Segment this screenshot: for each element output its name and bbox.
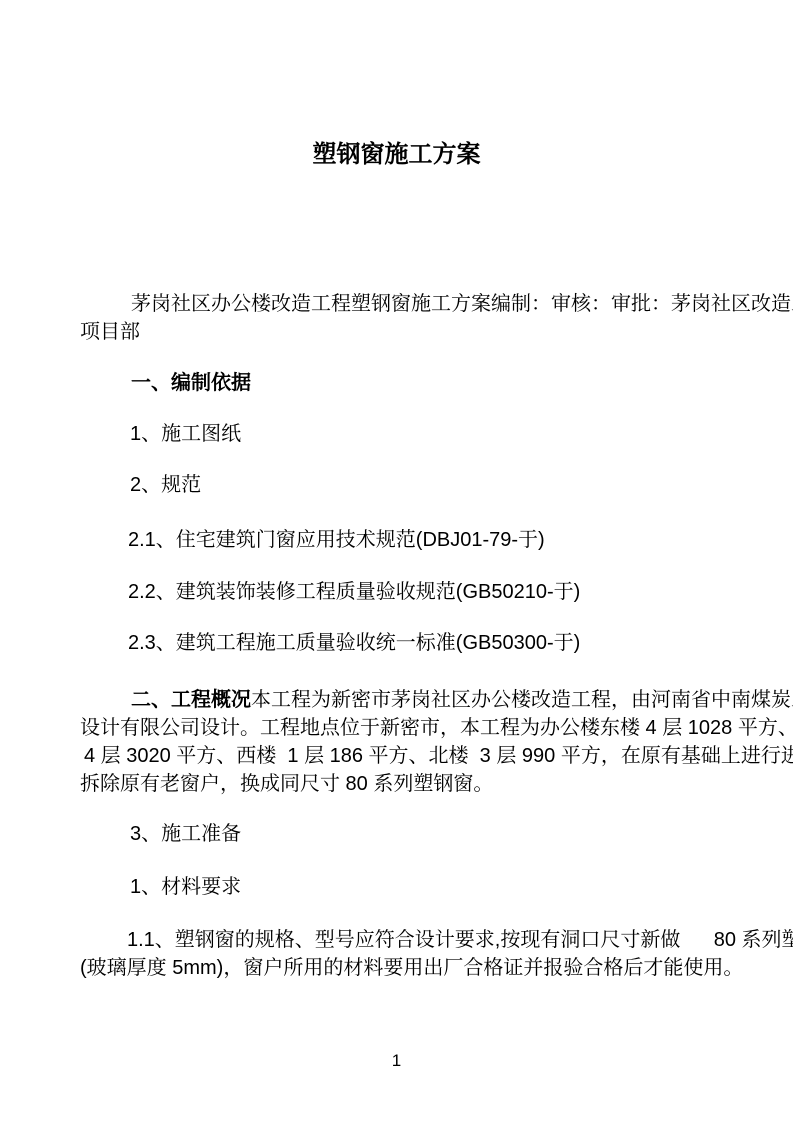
section2-line-1-rest: 本工程为新密市茅岗社区办公楼改造工程，由河南省中南煤炭工程: [251, 689, 793, 711]
intro-line-2: 项目部: [80, 318, 140, 346]
section1-item-1: 1、施工图纸: [130, 420, 241, 448]
intro-line-1: 茅岗社区办公楼改造工程塑钢窗施工方案编制：审核：审批：茅岗社区改造工程: [131, 290, 793, 318]
section1-item-2: 2、规范: [130, 471, 201, 499]
section3-item-3: 3、施工准备: [130, 820, 241, 848]
section1-item-2-3: 2.3、建筑工程施工质量验收统一标准(GB50300-于): [128, 629, 580, 657]
document-title: 塑钢窗施工方案: [0, 138, 793, 172]
section3-item-1-1-line-1: 1.1、塑钢窗的规格、型号应符合设计要求,按现有洞口尺寸新做 80 系列塑钢窗: [127, 926, 793, 954]
section3-item-1-1-line-2: (玻璃厚度 5mm)，窗户所用的材料要用出厂合格证并报验合格后才能使用。: [80, 954, 743, 982]
page-number: 1: [0, 1050, 793, 1072]
section1-heading: 一、编制依据: [131, 369, 251, 397]
section3-item-1: 1、材料要求: [130, 873, 241, 901]
section2-line-3: 4 层 3020 平方、西楼 1 层 186 平方、北楼 3 层 990 平方，…: [84, 742, 793, 770]
section1-item-2-2: 2.2、建筑装饰装修工程质量验收规范(GB50210-于): [128, 578, 580, 606]
section2-line-1: 二、工程概况本工程为新密市茅岗社区办公楼改造工程，由河南省中南煤炭工程: [131, 686, 793, 714]
section2-line-4: 拆除原有老窗户，换成同尺寸 80 系列塑钢窗。: [80, 770, 493, 798]
document-page: 塑钢窗施工方案 茅岗社区办公楼改造工程塑钢窗施工方案编制：审核：审批：茅岗社区改…: [0, 0, 793, 1122]
section1-item-2-1: 2.1、住宅建筑门窗应用技术规范(DBJ01-79-于): [128, 526, 545, 554]
section2-heading: 二、工程概况: [131, 689, 251, 711]
section2-line-2: 设计有限公司设计。工程地点位于新密市，本工程为办公楼东楼 4 层 1028 平方…: [80, 714, 793, 742]
